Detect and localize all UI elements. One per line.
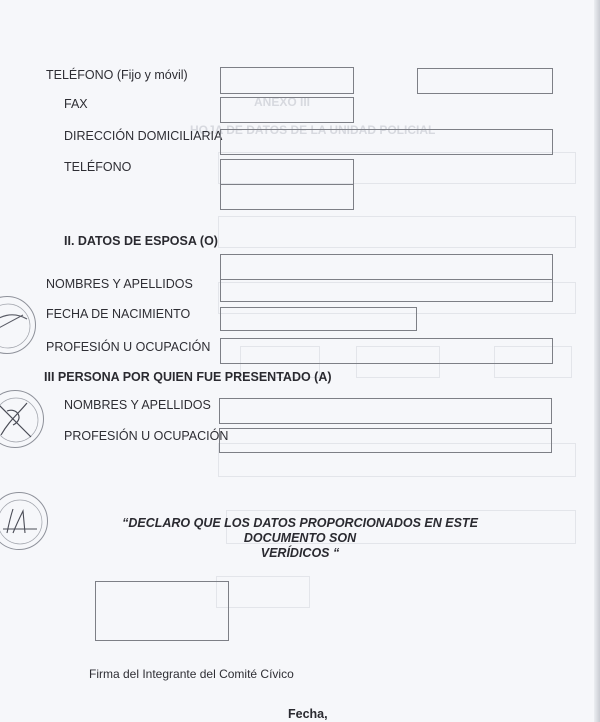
signature-caption: Firma del Integrante del Comité Cívico xyxy=(89,667,294,681)
bleed-box xyxy=(216,576,310,608)
address-field[interactable] xyxy=(220,129,553,155)
bleed-box xyxy=(218,216,576,248)
spouse-birthdate-label: FECHA DE NACIMIENTO xyxy=(46,307,190,321)
declaration-line-1: “DECLARO QUE LOS DATOS PROPORCIONADOS EN… xyxy=(80,516,520,546)
declaration-text: “DECLARO QUE LOS DATOS PROPORCIONADOS EN… xyxy=(80,516,520,561)
signature-box[interactable] xyxy=(95,581,229,641)
spouse-occupation-field[interactable] xyxy=(220,338,553,364)
official-seal-icon xyxy=(0,296,36,354)
phone-label: TELÉFONO (Fijo y móvil) xyxy=(46,68,188,82)
spouse-names-field-1[interactable] xyxy=(220,254,553,280)
spouse-names-label: NOMBRES Y APELLIDOS xyxy=(46,277,193,291)
page-edge-shadow xyxy=(594,0,600,722)
form-page: ANEXO III HOJA DE DATOS DE LA UNIDAD POL… xyxy=(0,0,600,722)
spouse-names-field-2[interactable] xyxy=(220,279,553,302)
phone-fixed-field[interactable] xyxy=(220,67,354,94)
fax-label: FAX xyxy=(64,97,88,111)
presenter-occupation-label: PROFESIÓN U OCUPACIÓN xyxy=(64,429,228,443)
official-seal-icon xyxy=(0,390,44,448)
date-label: Fecha, xyxy=(288,707,328,721)
spouse-occupation-label: PROFESIÓN U OCUPACIÓN xyxy=(46,340,210,354)
presenter-occupation-field[interactable] xyxy=(219,428,552,453)
presenter-names-field[interactable] xyxy=(219,398,552,424)
phone2-label: TELÉFONO xyxy=(64,160,131,174)
declaration-line-2: VERÍDICOS “ xyxy=(80,546,520,561)
spouse-birthdate-field[interactable] xyxy=(220,307,417,331)
presenter-names-label: NOMBRES Y APELLIDOS xyxy=(64,398,211,412)
official-seal-icon xyxy=(0,492,48,550)
section-presenter-title: III PERSONA POR QUIEN FUE PRESENTADO (A) xyxy=(44,370,332,384)
address-label: DIRECCIÓN DOMICILIARIA xyxy=(64,129,222,143)
fax-field[interactable] xyxy=(220,97,354,123)
phone2-field-1[interactable] xyxy=(220,159,354,185)
phone2-field-2[interactable] xyxy=(220,184,354,210)
phone-mobile-field[interactable] xyxy=(417,68,553,94)
section-spouse-title: II. DATOS DE ESPOSA (O) xyxy=(64,234,218,248)
